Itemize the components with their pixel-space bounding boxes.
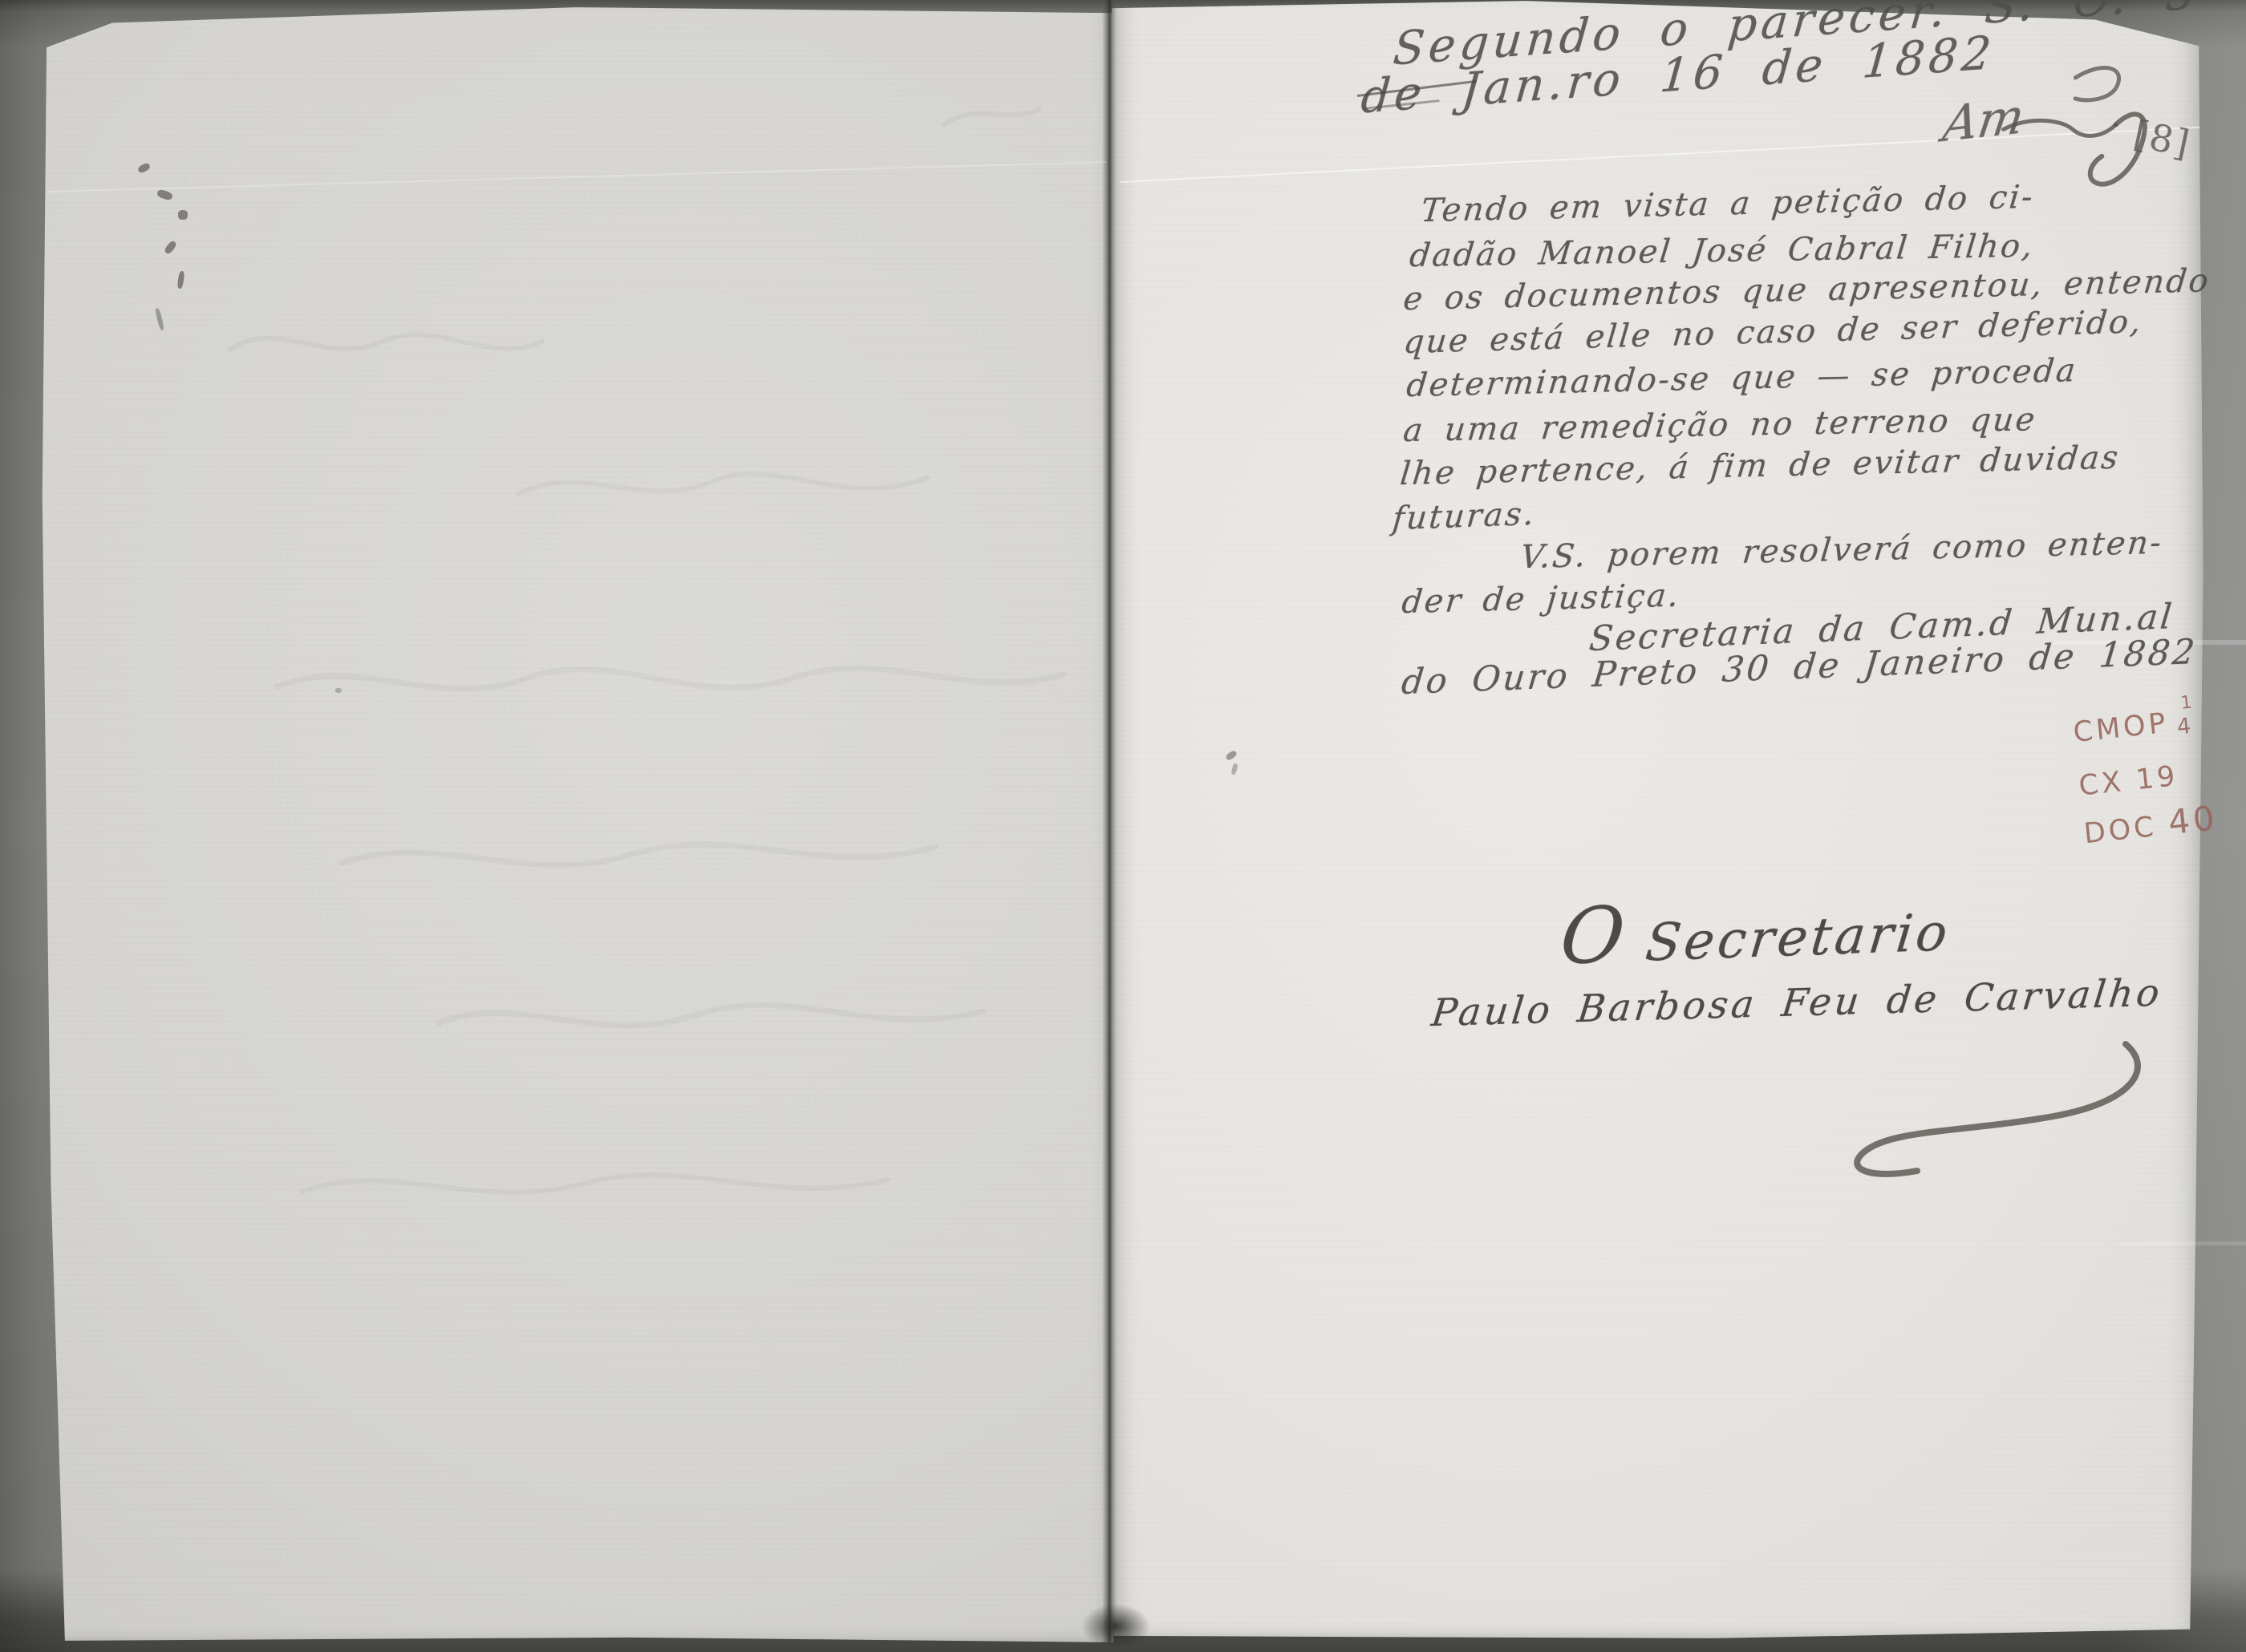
archive-stamp: CMOP14 CX 19 DOC 40 [2072, 706, 2220, 864]
ink-fleck [164, 240, 178, 255]
scanner-streak [2118, 1241, 2246, 1245]
signature-title: O Secretario [1556, 878, 1956, 982]
body-line: futuras. [1391, 496, 1538, 537]
bleed-through-writing [181, 77, 1104, 1280]
seam-shadow [1081, 1604, 1150, 1649]
left-page [37, 5, 1113, 1644]
stamp-doc-code: DOC 40 [2082, 801, 2220, 848]
body-line: der de justiça. [1400, 577, 1682, 622]
book-seam [1102, 0, 1117, 1642]
stamp-box-code: CX 19 [2078, 759, 2214, 800]
ink-fleck [155, 308, 165, 331]
stamp-cx-number: 19 [2135, 760, 2179, 796]
stamp-cx-label: CX [2078, 766, 2126, 803]
stamp-fraction: 14 [2169, 707, 2190, 748]
stamp-fraction-bottom: 4 [2176, 715, 2195, 738]
ink-fleck [156, 188, 173, 200]
signature-flourish [1717, 1035, 2150, 1179]
stamp-doc-label: DOC [2082, 811, 2159, 850]
stamp-fraction-top: 1 [2179, 694, 2197, 713]
ink-fleck [137, 162, 151, 174]
stamp-doc-number: 40 [2167, 798, 2220, 842]
document-scan: Segundo o parecer. S. O. 3º de Jan.ro 16… [0, 0, 2246, 1652]
